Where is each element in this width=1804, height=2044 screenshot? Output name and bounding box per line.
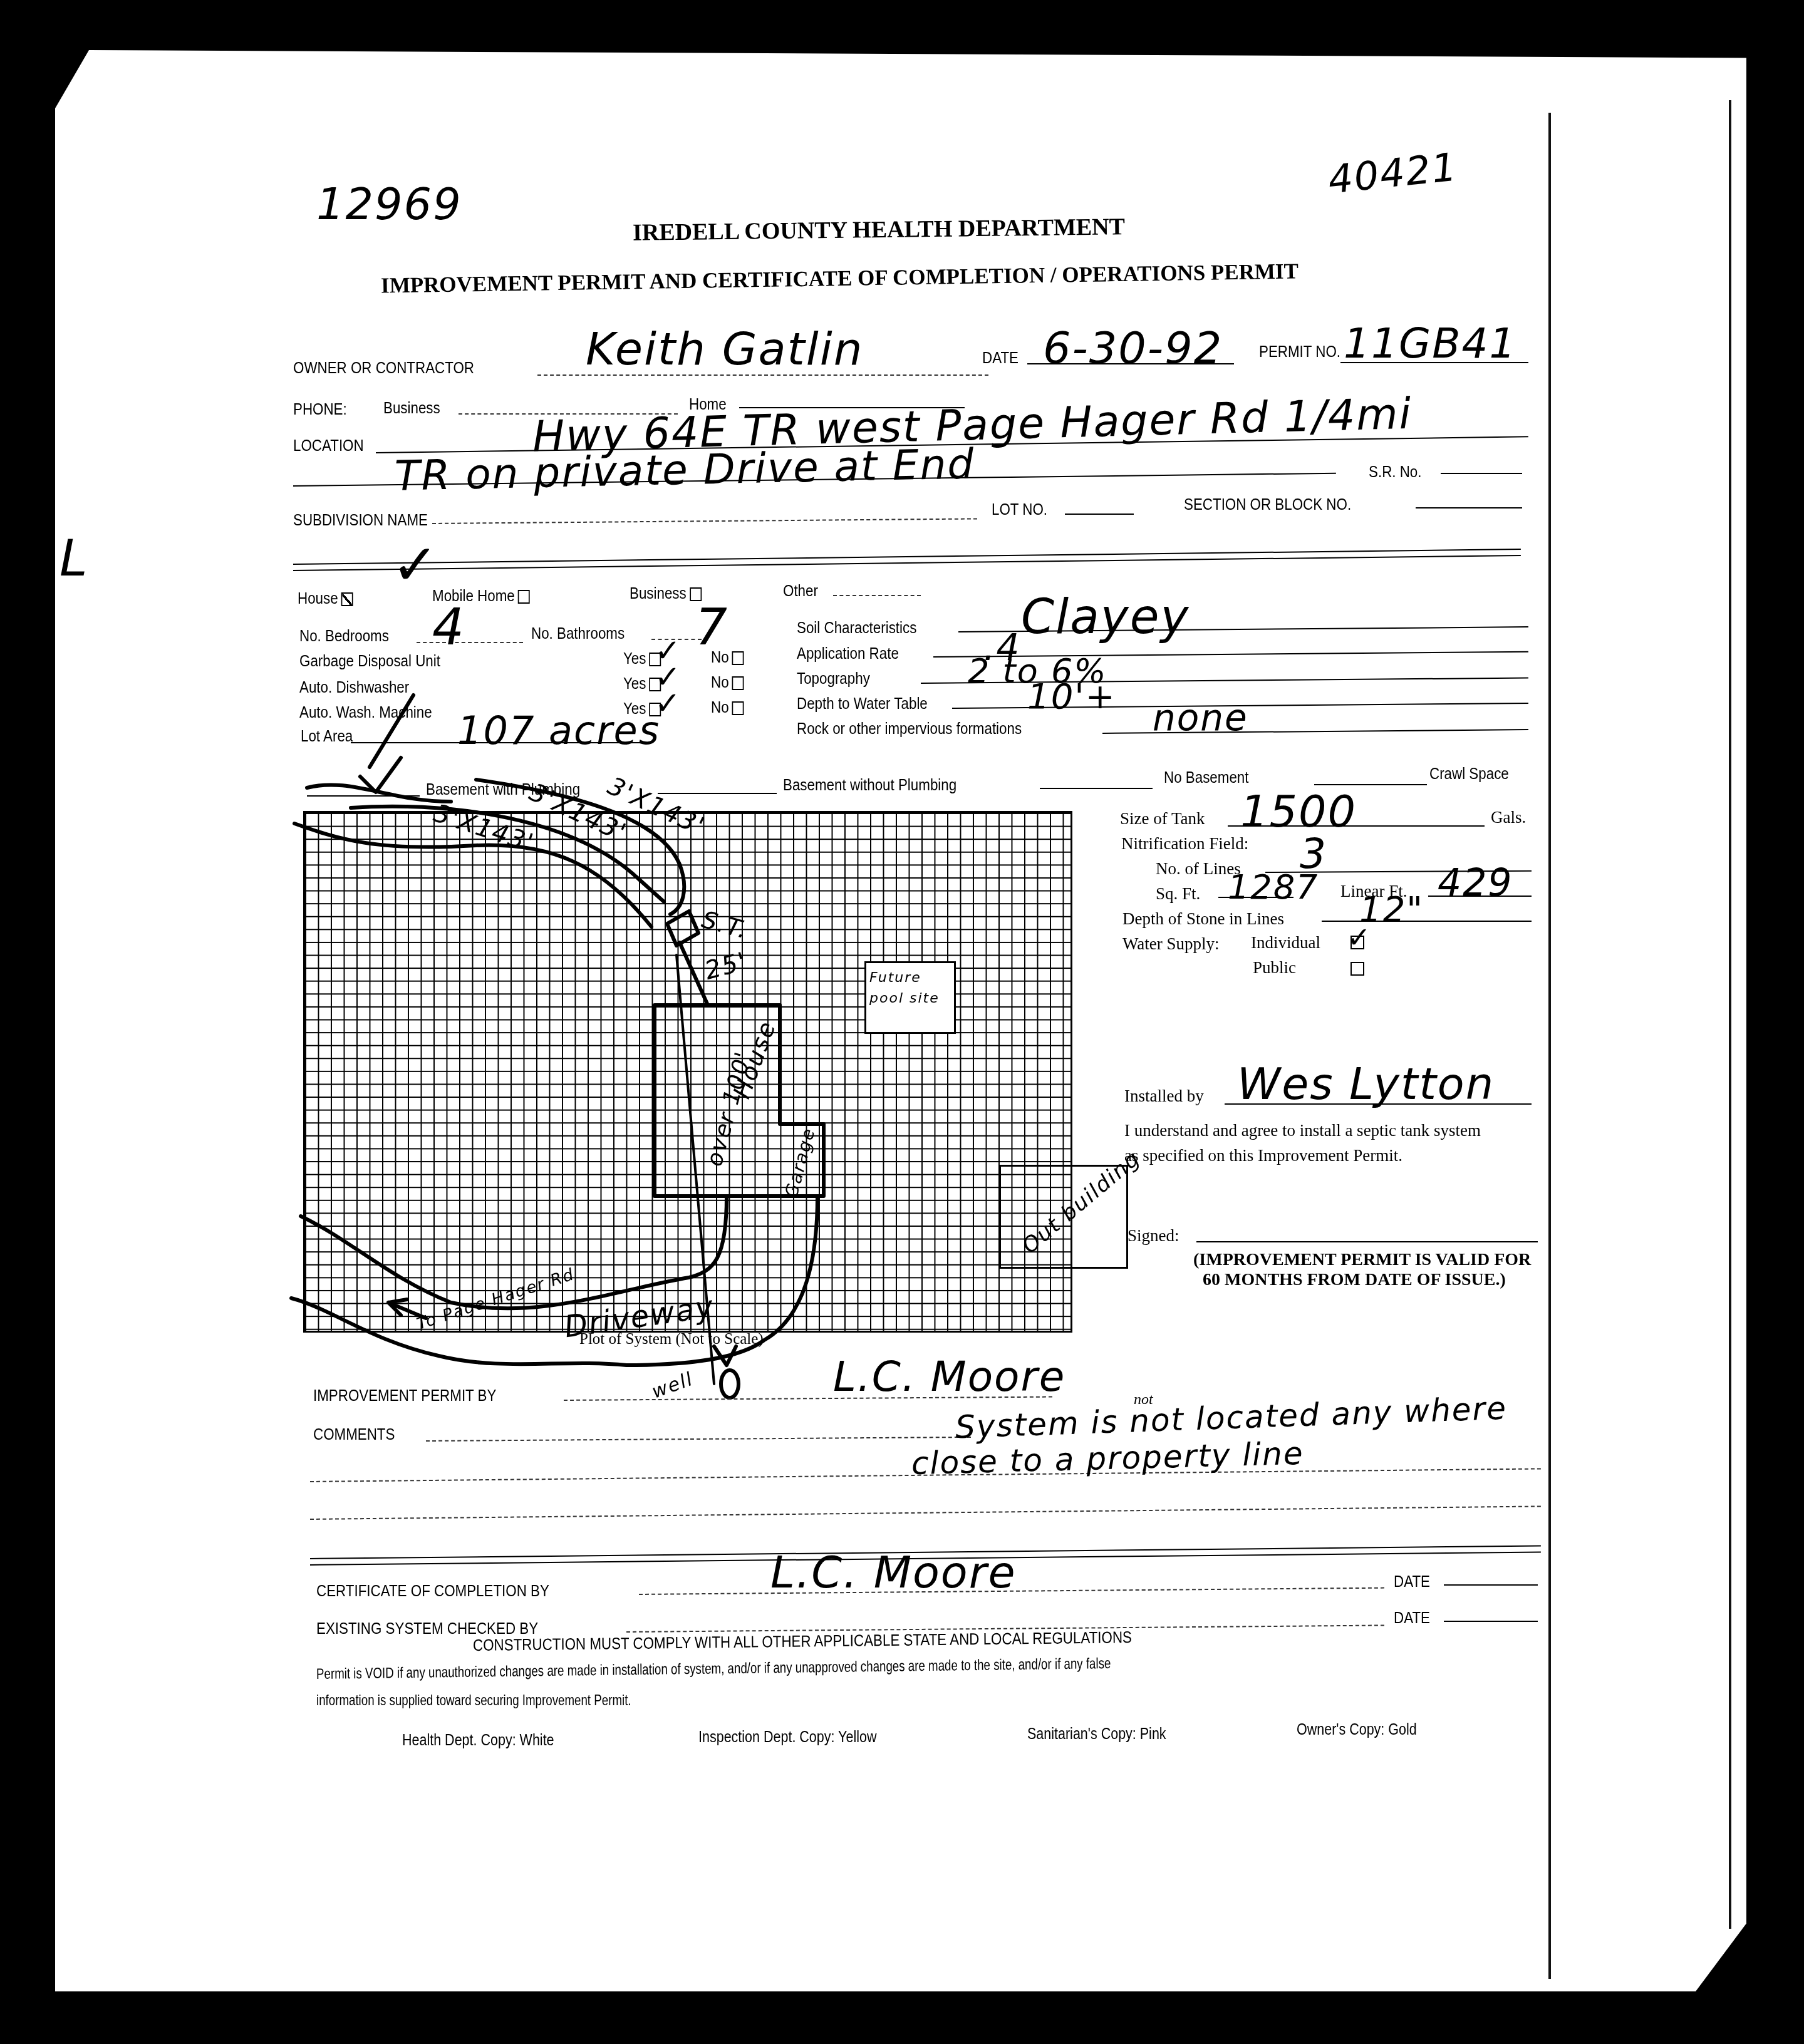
certificate-label: CERTIFICATE OF COMPLETION BY [316,1581,549,1601]
linear-ft-field[interactable]: 429 [1438,861,1513,905]
comments-label: COMMENTS [313,1425,395,1444]
tank-size-field[interactable]: 1500 [1240,786,1357,837]
comments-insert-not: not [1134,1391,1153,1408]
improvement-by-label: IMPROVEMENT PERMIT BY [313,1386,496,1405]
validity-line1: (IMPROVEMENT PERMIT IS VALID FOR [1193,1250,1531,1270]
improvement-by-field[interactable]: L.C. Moore [833,1353,1065,1401]
certificate-date-label: DATE [1394,1572,1430,1591]
plot-sketch [0,0,1804,2044]
sqft-field[interactable]: 1287 [1228,867,1319,907]
copy-health-dept: Health Dept. Copy: White [402,1732,554,1750]
copy-inspection-dept: Inspection Dept. Copy: Yellow [698,1728,876,1747]
tank-unit: Gals. [1491,808,1526,827]
agreement-line1: I understand and agree to install a sept… [1124,1121,1481,1140]
public-label: Public [1253,958,1296,978]
copy-sanitarian: Sanitarian's Copy: Pink [1027,1725,1166,1743]
stone-depth-label: Depth of Stone in Lines [1122,909,1284,929]
individual-label: Individual [1251,933,1320,952]
individual-check-icon: ✓ [1347,921,1372,954]
certificate-field[interactable]: L.C. Moore [770,1547,1017,1598]
copy-owner: Owner's Copy: Gold [1297,1721,1417,1739]
void-notice-line2: information is supplied toward securing … [316,1692,631,1710]
public-checkbox[interactable] [1350,962,1364,976]
plot-caption: Plot of System (Not to Scale) [579,1331,764,1348]
water-supply-label: Water Supply: [1122,934,1220,954]
tank-size-label: Size of Tank [1120,809,1205,828]
agreement-line2: as specified on this Improvement Permit. [1124,1146,1402,1165]
existing-date-label: DATE [1394,1608,1430,1628]
installed-by-label: Installed by [1124,1087,1204,1106]
signed-label: Signed: [1127,1226,1179,1246]
sqft-label: Sq. Ft. [1156,884,1200,904]
validity-line2: 60 MONTHS FROM DATE OF ISSUE.) [1203,1270,1506,1290]
installed-by-field[interactable]: Wes Lytton [1237,1058,1495,1110]
nitrification-label: Nitrification Field: [1121,834,1248,854]
